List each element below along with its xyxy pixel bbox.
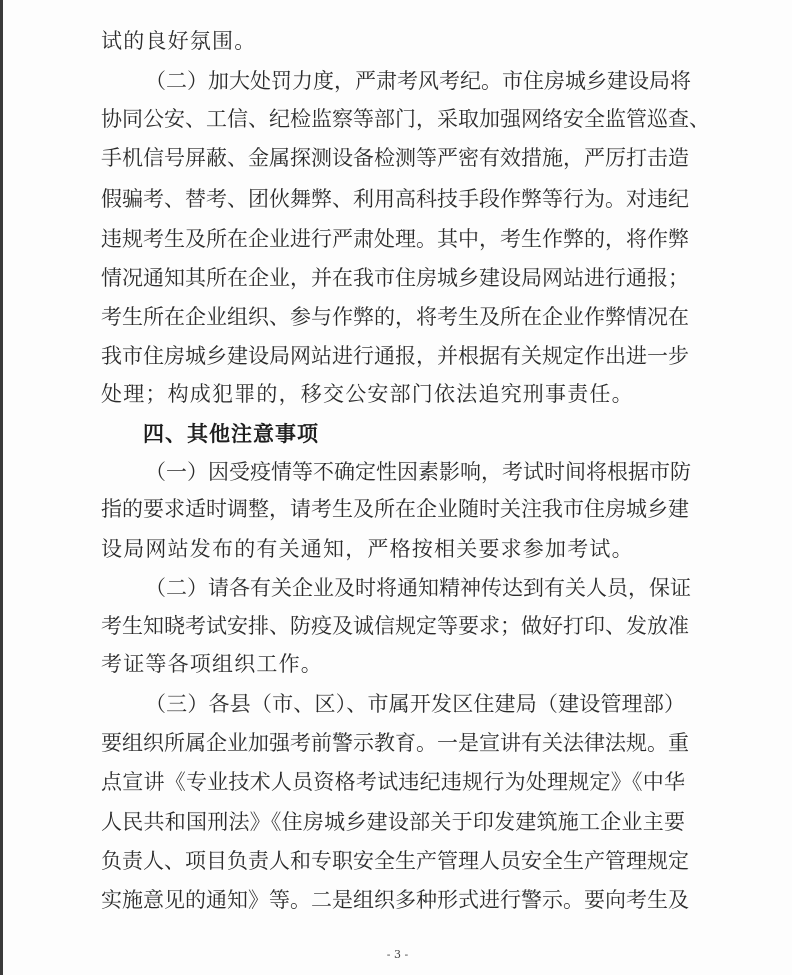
text-line: 考生知晓考试安排、防疫及诚信规定等要求；做好打印、发放准 xyxy=(101,611,685,641)
page-number: - 3 - xyxy=(3,948,792,961)
text-line: 考生所在企业组织、参与作弊的，将考生及所在企业作弊情况在 xyxy=(101,302,685,332)
text-line: 实施意见的通知》等。二是组织多种形式进行警示。要向考生及 xyxy=(101,885,685,915)
text-line: 情况通知其所在企业，并在我市住房城乡建设局网站进行通报； xyxy=(101,263,685,293)
text-line: 我市住房城乡建设局网站进行通报，并根据有关规定作出进一步 xyxy=(101,341,685,371)
paragraph-start-line: （二）加大处罚力度，严肃考风考纪。市住房城乡建设局将 xyxy=(145,66,685,96)
text-line: 人民共和国刑法》《住房城乡建设部关于印发建筑施工企业主要 xyxy=(101,807,685,837)
text-line: 点宣讲《专业技术人员资格考试违纪违规行为处理规定》《中华 xyxy=(101,767,685,797)
text-line: 试的良好氛围。 xyxy=(101,26,685,56)
document-page: 试的良好氛围。 （二）加大处罚力度，严肃考风考纪。市住房城乡建设局将 协同公安、… xyxy=(3,0,792,975)
text-line: 违规考生及所在企业进行严肃处理。其中，考生作弊的，将作弊 xyxy=(101,224,685,254)
text-line: 设局网站发布的有关通知，严格按相关要求参加考试。 xyxy=(101,534,685,564)
paragraph-start-line: （三）各县（市、区）、市属开发区住建局（建设管理部） xyxy=(145,689,685,719)
text-line: 协同公安、工信、纪检监察等部门，采取加强网络安全监管巡查、 xyxy=(101,104,685,134)
text-line: 处理；构成犯罪的，移交公安部门依法追究刑事责任。 xyxy=(101,379,685,409)
text-line: 要组织所属企业加强考前警示教育。一是宣讲有关法律法规。重 xyxy=(101,728,685,758)
text-line: 指的要求适时调整，请考生及所在企业随时关注我市住房城乡建 xyxy=(101,494,685,524)
paragraph-start-line: （二）请各有关企业及时将通知精神传达到有关人员，保证 xyxy=(145,573,685,603)
text-line: 考证等各项组织工作。 xyxy=(101,649,685,679)
section-heading: 四、其他注意事项 xyxy=(143,419,319,449)
text-line: 负责人、项目负责人和专职安全生产管理人员安全生产管理规定 xyxy=(101,846,685,876)
text-line: 假骗考、替考、团伙舞弊、利用高科技手段作弊等行为。对违纪 xyxy=(101,184,685,214)
text-line: 手机信号屏蔽、金属探测设备检测等严密有效措施，严厉打击造 xyxy=(101,143,685,173)
paragraph-start-line: （一）因受疫情等不确定性因素影响，考试时间将根据市防 xyxy=(145,457,685,487)
